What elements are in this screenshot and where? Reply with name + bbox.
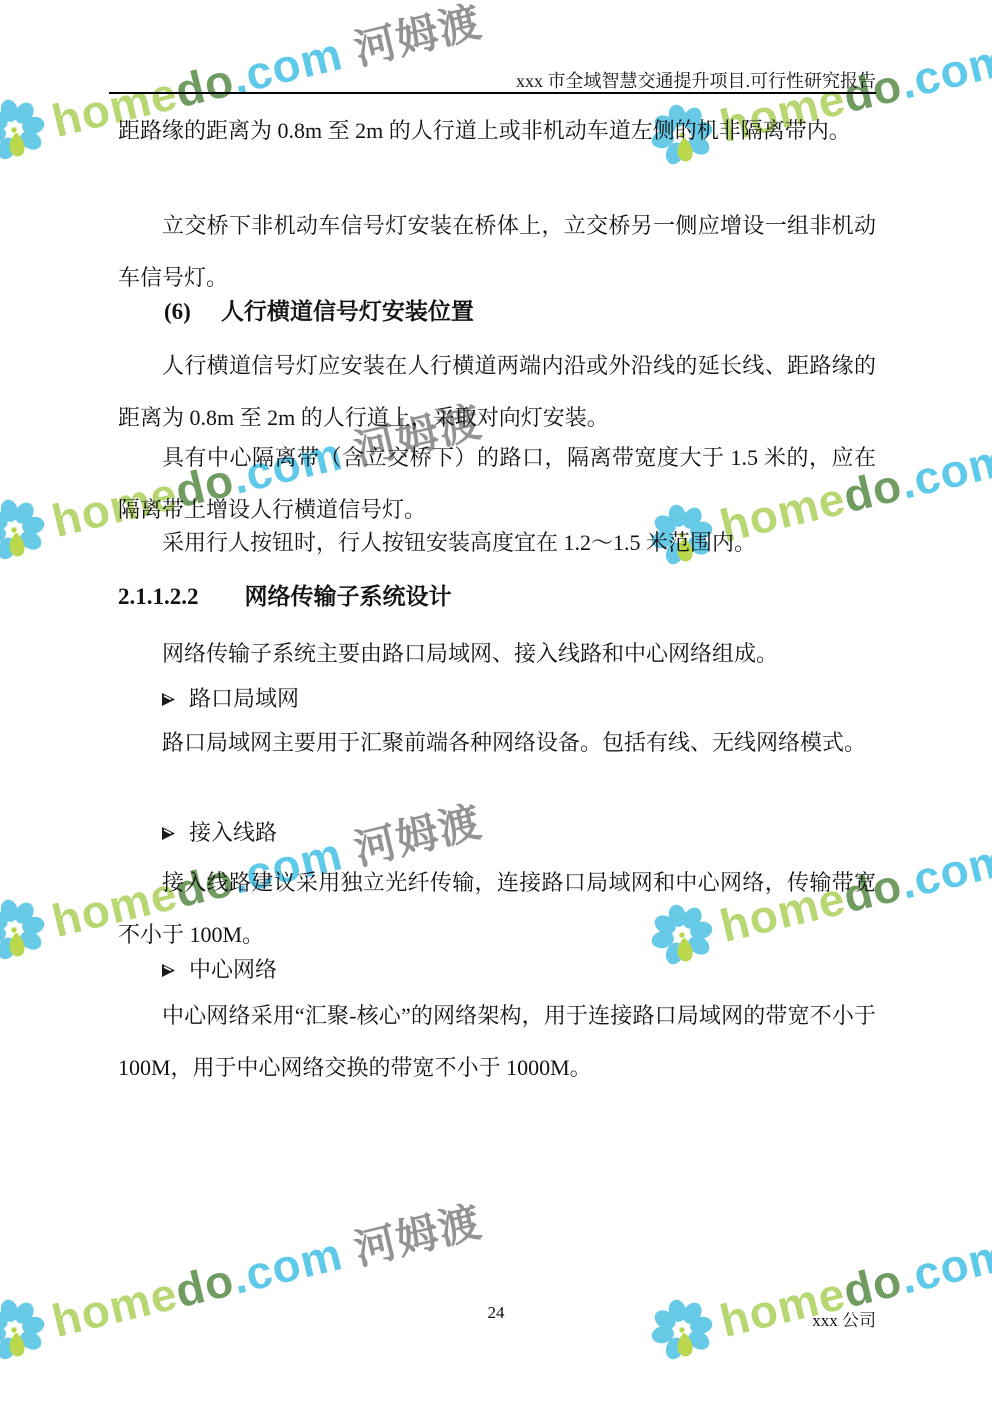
paragraph-crosswalk-install: 人行横道信号灯应安装在人行横道两端内沿或外沿线的延长线、距路缘的距离为 0.8m… — [118, 340, 876, 444]
wordmark-dotcom: .com — [895, 832, 992, 909]
bullet-label: 路口局域网 — [189, 676, 299, 722]
homedo-flower-icon — [0, 488, 55, 572]
homedo-flower-icon — [641, 1288, 723, 1372]
heading-title: 人行横道信号灯安装位置 — [221, 290, 474, 334]
header-divider — [109, 92, 876, 94]
wordmark-dotcom: .com — [895, 432, 992, 509]
heading-network-subsystem: 2.1.1.2.2网络传输子系统设计 — [118, 575, 876, 619]
arrow-bullet-icon — [160, 825, 177, 842]
bullet-center-network: 中心网络 — [118, 947, 876, 995]
homedo-wordmark: homedo.com河姆渡 — [46, 1189, 487, 1350]
heading-number: (6) — [164, 290, 191, 334]
wordmark-cjk: 河姆渡 — [350, 1198, 486, 1274]
footer-company: xxx 公司 — [812, 1306, 876, 1331]
homedo-watermark: homedo.com河姆渡 — [641, 1184, 992, 1372]
document-page: homedo.com河姆渡 homedo.com河姆渡 homedo.com河姆… — [0, 0, 992, 1403]
homedo-flower-icon — [0, 888, 55, 972]
paragraph-access-line: 接入线路建议采用独立光纤传输，连接路口局域网和中心网络，传输带宽不小于 100M… — [118, 857, 876, 961]
paragraph-continuation: 距路缘的距离为 0.8m 至 2m 的人行道上或非机动车道左侧的机非隔离带内。 — [118, 105, 876, 157]
wordmark-dotcom: .com — [227, 1227, 347, 1304]
heading-title: 网络传输子系统设计 — [245, 575, 452, 619]
paragraph-lan: 路口局域网主要用于汇聚前端各种网络设备。包括有线、无线网络模式。 — [118, 717, 876, 769]
wordmark-dotcom: .com — [895, 1227, 992, 1304]
arrow-bullet-icon — [160, 962, 177, 979]
homedo-flower-icon — [0, 1288, 55, 1372]
paragraph-bridge-signal: 立交桥下非机动车信号灯安装在桥体上，立交桥另一侧应增设一组非机动车信号灯。 — [118, 200, 876, 304]
wordmark-cjk: 河姆渡 — [350, 0, 486, 74]
bullet-access-line: 接入线路 — [118, 810, 876, 858]
arrow-bullet-icon — [160, 691, 177, 708]
bullet-label: 接入线路 — [189, 810, 277, 856]
homedo-watermark: homedo.com河姆渡 — [0, 1184, 488, 1372]
wordmark-dotcom: .com — [895, 32, 992, 109]
bullet-label: 中心网络 — [189, 947, 277, 993]
paragraph-center-network: 中心网络采用“汇聚-核心”的网络架构，用于连接路口局域网的带宽不小于 100M，… — [118, 990, 876, 1094]
paragraph-pedestrian-button: 采用行人按钮时，行人按钮安装高度宜在 1.2～1.5 米范围内。 — [118, 517, 876, 569]
page-header-title: xxx 市全域智慧交通提升项目.可行性研究报告 — [516, 67, 876, 93]
heading-crosswalk-signal: (6)人行横道信号灯安装位置 — [118, 290, 876, 334]
heading-number: 2.1.1.2.2 — [118, 575, 199, 619]
homedo-flower-icon — [0, 88, 55, 172]
paragraph-network-intro: 网络传输子系统主要由路口局域网、接入线路和中心网络组成。 — [118, 628, 876, 680]
